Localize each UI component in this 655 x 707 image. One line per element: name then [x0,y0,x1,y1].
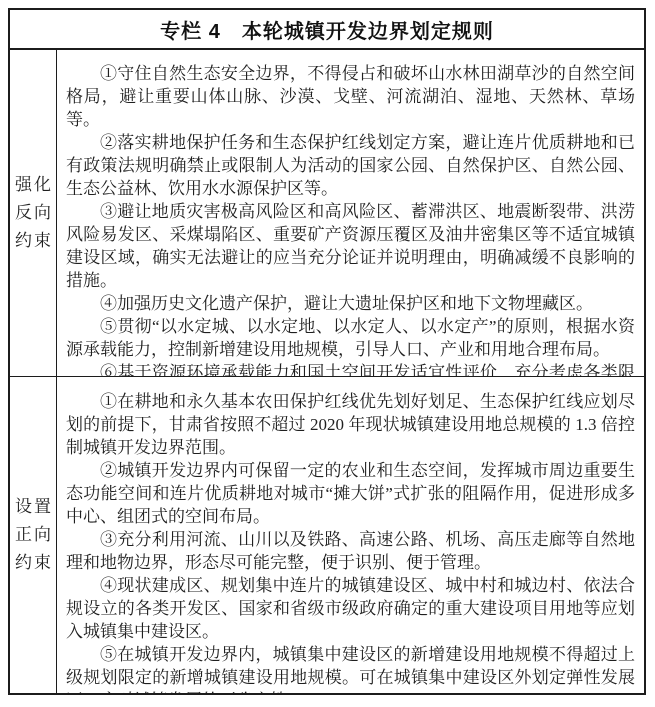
rule-item: ②落实耕地保护任务和生态保护红线划定方案，避让连片优质耕地和已有政策法规明确禁止… [66,131,635,200]
label-line: 约束 [13,227,53,255]
panel-title: 专栏 4 本轮城镇开发边界划定规则 [10,10,644,50]
rule-item: ⑥基于资源环境承载能力和国土空间开发适宜性评价，充分考虑各类限制性因素，测算新增… [66,361,635,376]
rules-list-reverse-constraints: ①守住自然生态安全边界，不得侵占和破坏山水林田湖草沙的自然空间格局，避让重要山体… [57,50,644,376]
label-line: 正向 [13,521,53,549]
label-line: 约束 [13,549,53,577]
rule-item: ①在耕地和永久基本农田保护红线优先划好划足、生态保护红线应划尽划的前提下，甘肃省… [66,390,635,459]
label-line: 强化 [13,171,53,199]
row-label-reverse-constraints: 强化 反向 约束 [10,50,57,376]
table-row-positive-constraints: 设置 正向 约束 ①在耕地和永久基本农田保护红线优先划好划足、生态保护红线应划尽… [10,377,644,693]
label-line: 反向 [13,199,53,227]
rule-item: ④加强历史文化遗产保护，避让大遗址保护区和地下文物埋藏区。 [66,292,635,315]
rule-item: ③充分利用河流、山川以及铁路、高速公路、机场、高压走廊等自然地理和地物边界，形态… [66,528,635,574]
label-line: 设置 [13,493,53,521]
rules-list-positive-constraints: ①在耕地和永久基本农田保护红线优先划好划足、生态保护红线应划尽划的前提下，甘肃省… [57,377,644,693]
rule-item: ③避让地质灾害极高风险区和高风险区、蓄滞洪区、地震断裂带、洪涝风险易发区、采煤塌… [66,200,635,292]
rule-item: ①守住自然生态安全边界，不得侵占和破坏山水林田湖草沙的自然空间格局，避让重要山体… [66,62,635,131]
table-row-reverse-constraints: 强化 反向 约束 ①守住自然生态安全边界，不得侵占和破坏山水林田湖草沙的自然空间… [10,50,644,377]
rule-item: ②城镇开发边界内可保留一定的农业和生态空间，发挥城市周边重要生态功能空间和连片优… [66,459,635,528]
rules-table-panel: 专栏 4 本轮城镇开发边界划定规则 强化 反向 约束 ①守住自然生态安全边界，不… [8,8,646,695]
rule-item: ⑤贯彻“以水定城、以水定地、以水定人、以水定产”的原则，根据水资源承载能力，控制… [66,315,635,361]
rule-item: ⑤在城镇开发边界内，城镇集中建设区的新增建设用地规模不得超过上级规划限定的新增城… [66,643,635,693]
row-label-positive-constraints: 设置 正向 约束 [10,377,57,693]
rule-item: ④现状建成区、规划集中连片的城镇建设区、城中村和城边村、依法合规设立的各类开发区… [66,574,635,643]
document-page: { "table": { "title": "专栏 4 本轮城镇开发边界划定规则… [0,0,655,707]
